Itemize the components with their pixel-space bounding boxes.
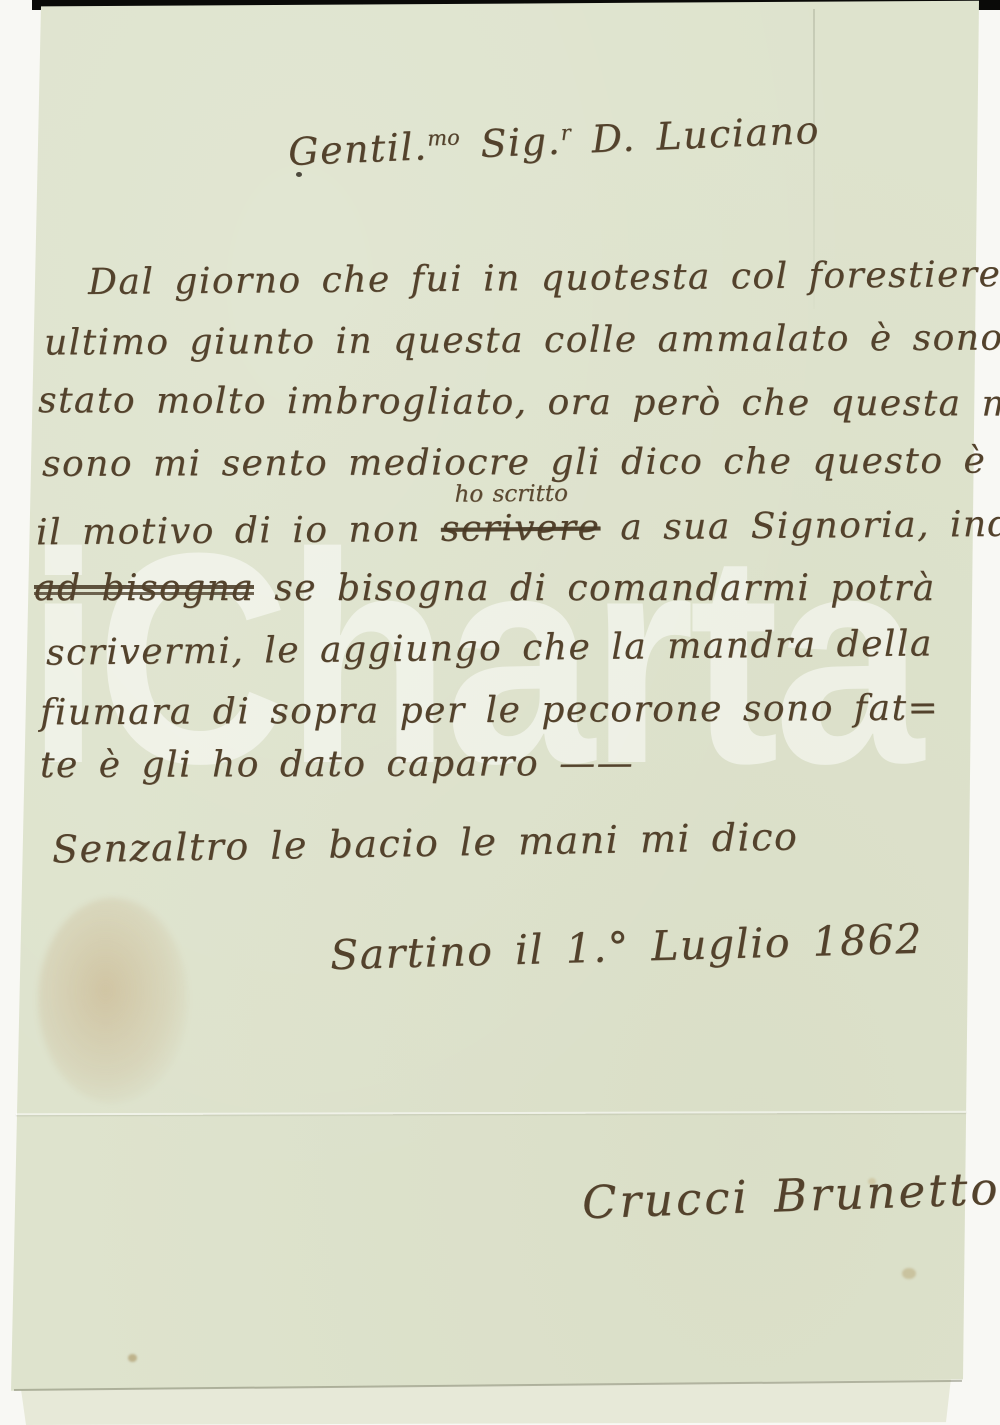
body-line: il motivo di io non ho scrittoscrivere a… [36,502,1000,556]
interline-insertion: ho scritto [454,480,568,510]
salutation-text: D. Luciano [570,108,821,162]
body-text: se bisogna di comandarmi potrà [254,568,935,609]
salutation-text: Sig. [459,119,562,167]
body-line: stato molto imbrogliato, ora però che qu… [38,378,1000,427]
body-line: Dal giorno che fui in quotesta col fores… [88,252,1000,305]
place-date-line: Sartino il 1.° Luglio 1862 [329,914,923,982]
salutation-text: Gentil. [287,124,428,174]
struck-word: ad bisogna [34,568,254,609]
correction-group: ho scrittoscrivere [441,505,601,551]
body-text: il motivo di io non [36,509,441,554]
body-line: te è gli ho dato caparro —— [40,741,634,788]
body-line: ad bisogna se bisogna di comandarmi potr… [34,566,936,611]
salutation-line: Gentil.mo Sig.r D. Luciano [287,107,821,177]
signature: Crucci Brunetto [581,1161,1000,1232]
body-line: fiumara di sopra per le pecorone sono fa… [40,686,939,736]
struck-word: scrivere [441,507,601,549]
handwriting-layer: Gentil.mo Sig.r D. Luciano Dal giorno ch… [0,0,1000,1425]
body-text: a sua Signoria, indi [600,504,1000,549]
salutation-superscript: mo [427,125,460,150]
closing-line: Senzaltro le bacio le mani mi dico [52,813,799,874]
body-line: scrivermi, le aggiungo che la mandra del… [46,621,933,675]
scanned-letter-page: iCharta Gentil.mo Sig.r D. Luciano Dal g… [0,0,1000,1425]
body-line: ultimo giunto in questa colle ammalato è… [44,315,1000,365]
